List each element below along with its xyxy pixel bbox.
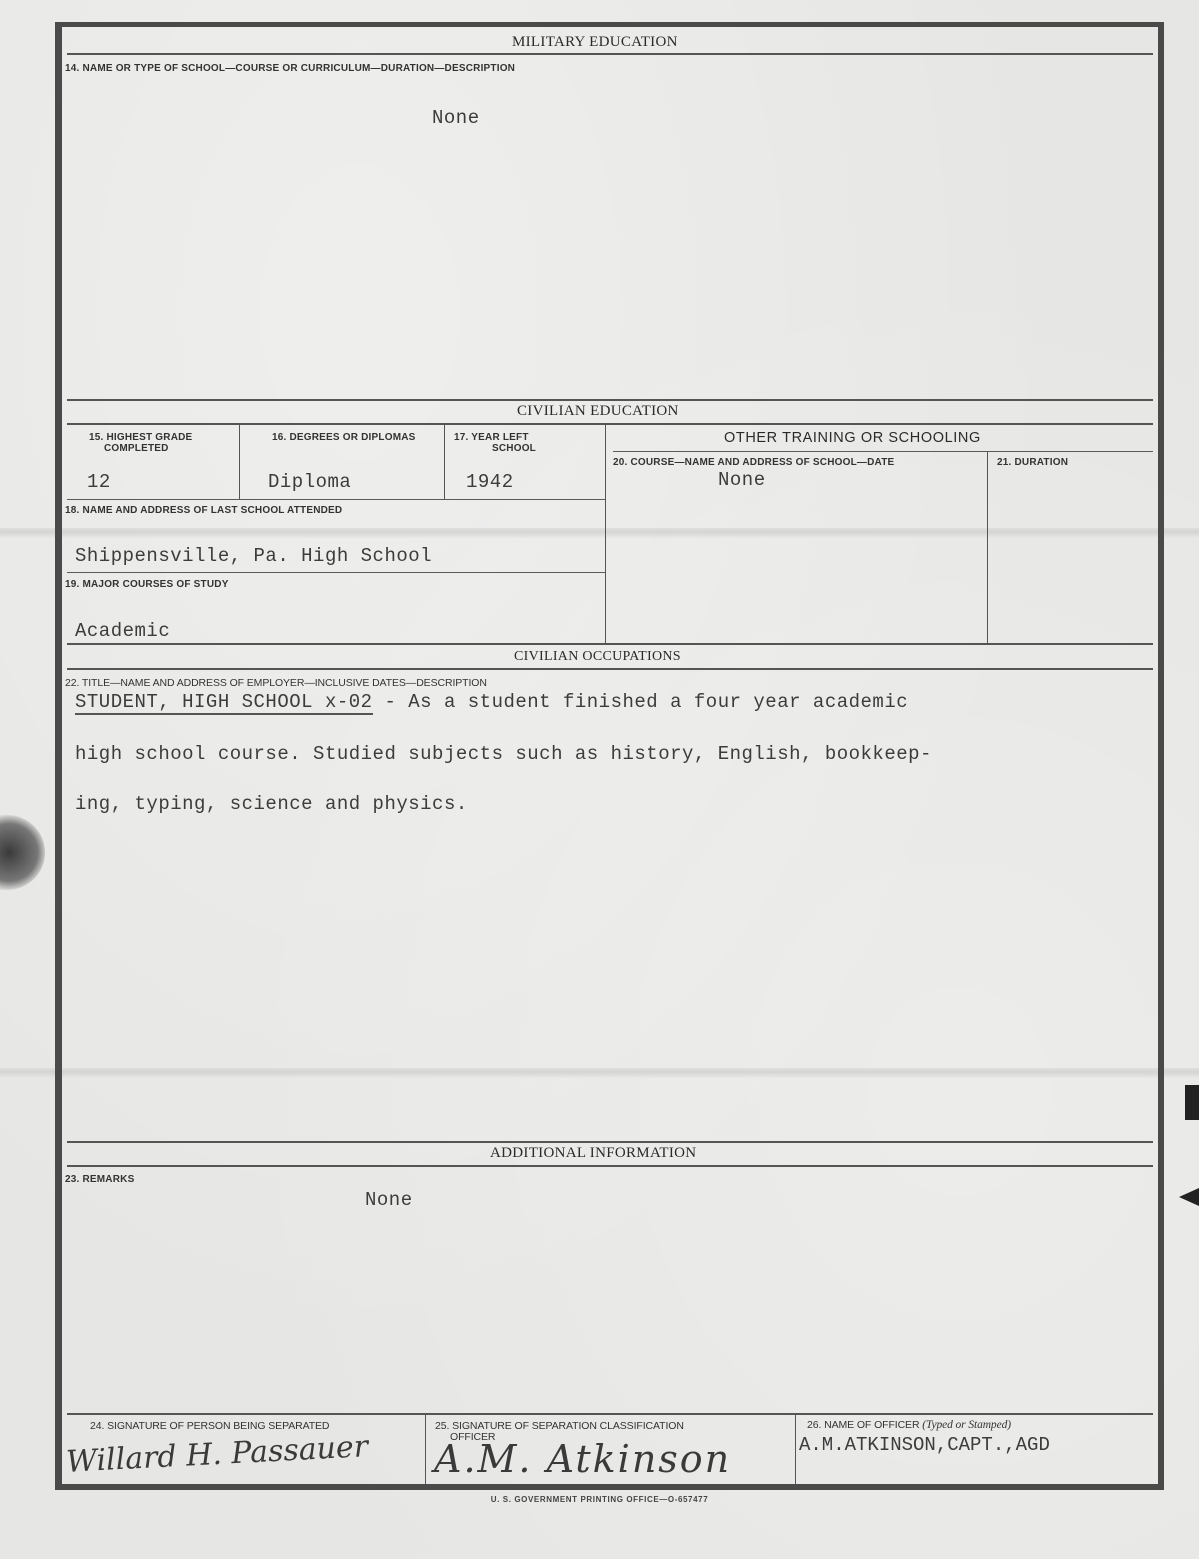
divider [613,451,1153,452]
divider [67,499,605,500]
item17-label-line1: 17. YEAR LEFT [454,432,529,443]
divider [67,1141,1153,1143]
item22-line2: high school course. Studied subjects suc… [75,743,932,765]
separation-form: MILITARY EDUCATION 14. NAME OR TYPE OF S… [55,22,1164,1490]
item25-signature: A.M. Atkinson [434,1437,731,1481]
item14-value: None [432,107,480,129]
item17-label-line2: SCHOOL [492,443,536,454]
col-divider [987,451,988,643]
divider [67,1165,1153,1167]
divider [67,399,1153,401]
col-divider [605,425,606,643]
item15-label-line2: COMPLETED [104,443,169,454]
item20-value: None [718,469,766,491]
item22-label: 22. TITLE—NAME AND ADDRESS OF EMPLOYER—I… [65,678,487,689]
item22-line3: ing, typing, science and physics. [75,793,468,815]
item22-line1: STUDENT, HIGH SCHOOL x-02 - As a student… [75,691,908,713]
item16-value: Diploma [268,471,351,493]
col-divider [425,1415,426,1484]
divider [67,572,605,573]
item16-label: 16. DEGREES OR DIPLOMAS [272,432,416,443]
divider [67,668,1153,670]
divider [67,423,1153,425]
other-training-title: OTHER TRAINING OR SCHOOLING [724,430,981,446]
item24-label: 24. SIGNATURE OF PERSON BEING SEPARATED [90,1421,329,1432]
item19-label: 19. MAJOR COURSES OF STUDY [65,579,229,590]
item15-label-line1: 15. HIGHEST GRADE [89,432,192,443]
item19-value: Academic [75,620,170,642]
divider [67,643,1153,645]
item17-value: 1942 [466,471,514,493]
section-title-additional-information: ADDITIONAL INFORMATION [490,1145,696,1162]
item26-label: 26. NAME OF OFFICER (Typed or Stamped) [807,1420,1011,1431]
section-title-civilian-occupations: CIVILIAN OCCUPATIONS [514,649,681,665]
item22-job-title: STUDENT, HIGH SCHOOL x-02 [75,691,373,715]
col-divider [239,425,240,499]
printing-office-footer: U. S. GOVERNMENT PRINTING OFFICE—O-65747… [0,1495,1199,1504]
item15-value: 12 [87,471,111,493]
item24-signature: Willard H. Passauer [65,1429,369,1480]
item20-label: 20. COURSE—NAME AND ADDRESS OF SCHOOL—DA… [613,457,894,468]
col-divider [444,425,445,499]
item18-value: Shippensville, Pa. High School [75,545,432,567]
item21-label: 21. DURATION [997,457,1068,468]
divider [67,1413,1153,1415]
item23-label: 23. REMARKS [65,1174,134,1185]
item26-value: A.M.ATKINSON,CAPT.,AGD [799,1434,1050,1456]
item26-label-main: 26. NAME OF OFFICER [807,1419,919,1431]
item14-label: 14. NAME OR TYPE OF SCHOOL—COURSE OR CUR… [65,63,515,74]
col-divider [795,1415,796,1484]
item23-value: None [365,1189,413,1211]
divider [67,53,1153,55]
item26-label-note: (Typed or Stamped) [922,1419,1011,1431]
section-title-military-education: MILITARY EDUCATION [512,34,678,51]
paper-tear-upper [1185,1085,1199,1120]
section-title-civilian-education: CIVILIAN EDUCATION [517,403,679,420]
item22-line1-text: - As a student finished a four year acad… [373,691,909,713]
item18-label: 18. NAME AND ADDRESS OF LAST SCHOOL ATTE… [65,505,342,516]
